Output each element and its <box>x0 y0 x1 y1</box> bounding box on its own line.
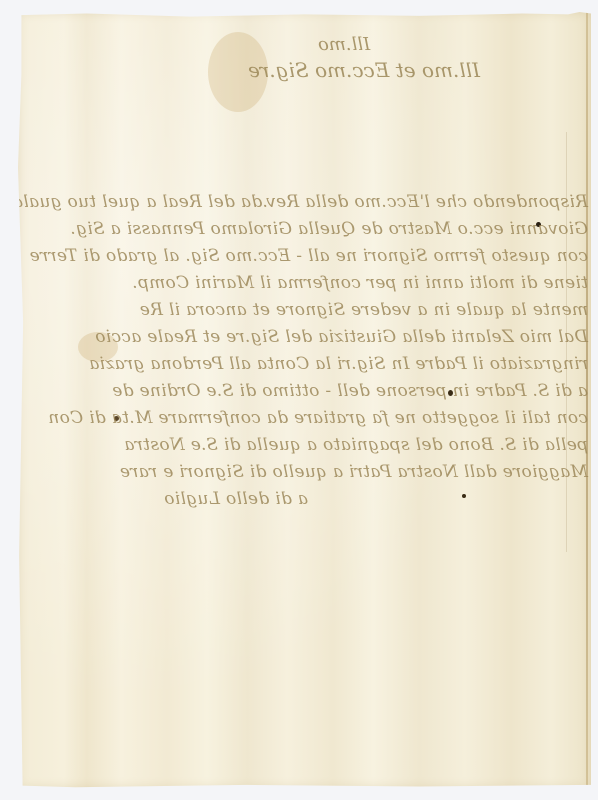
header-salutation-2: Ill.mo et Ecc.mo Sig.re <box>248 58 480 82</box>
letter-body: Rispondendo che l'Ecc.mo della Rev.da de… <box>48 192 588 516</box>
body-line: con questo fermo Signori ne all - Ecc.mo… <box>48 246 588 273</box>
body-line: pella di S. Bono del spagniato a quella … <box>48 435 588 462</box>
header-salutation-1: Ill.mo <box>318 34 370 55</box>
body-line: a di dello Luglio <box>48 489 588 516</box>
body-line: mente la quale in a vedere Signore et an… <box>48 300 588 327</box>
body-line: a di S. Padre in persone dell - ottimo d… <box>48 381 588 408</box>
body-line: Maggiore dall Nostra Patri a quello di S… <box>48 462 588 489</box>
body-line: Dal mio Zelanti della Giustizia del Sig.… <box>48 327 588 354</box>
body-line: ringraziato il Padre In Sig.ri la Conta … <box>48 354 588 381</box>
body-line: Rispondendo che l'Ecc.mo della Rev.da de… <box>48 192 588 219</box>
body-line: tiene di molti anni in per conferma il M… <box>48 273 588 300</box>
body-line: Giovanni ecc.o Mastro de Quella Girolamo… <box>48 219 588 246</box>
letter-header: Ill.mo Ill.mo et Ecc.mo Sig.re <box>238 34 438 94</box>
scan-background: Ill.mo Ill.mo et Ecc.mo Sig.re Risponden… <box>0 0 598 800</box>
body-line: con tali il soggetto ne fa gratiare da c… <box>48 408 588 435</box>
manuscript-sheet: Ill.mo Ill.mo et Ecc.mo Sig.re Risponden… <box>18 12 591 788</box>
